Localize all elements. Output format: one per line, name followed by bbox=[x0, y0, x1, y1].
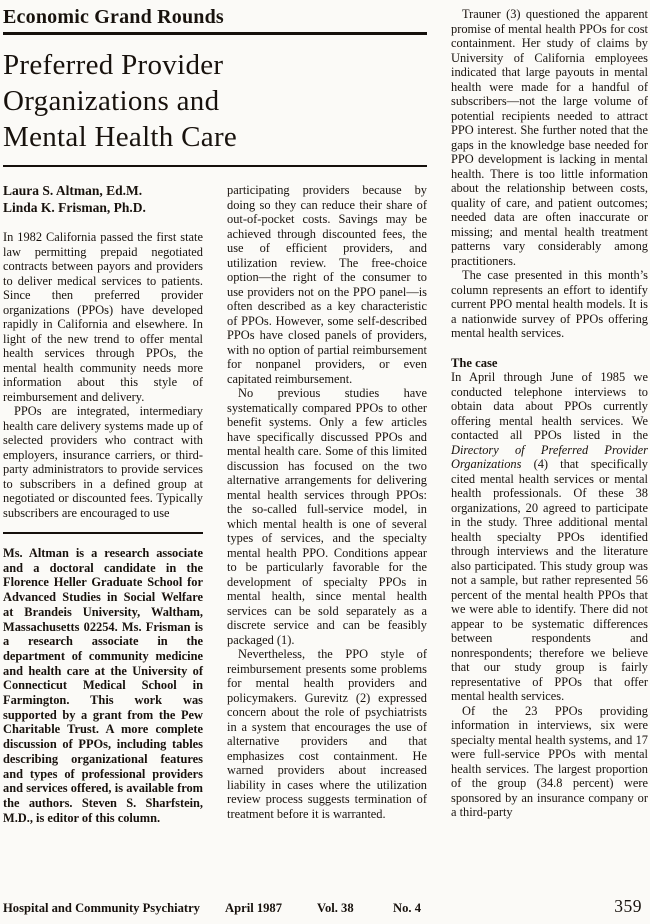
author-block: Laura S. Altman, Ed.M. Linda K. Frisman,… bbox=[3, 183, 203, 216]
column-kicker: Economic Grand Rounds bbox=[3, 4, 427, 29]
journal-page: Economic Grand Rounds Preferred Provider… bbox=[0, 0, 650, 924]
page-footer: Hospital and Community Psychiatry April … bbox=[3, 896, 642, 917]
article-title: Preferred Provider Organizations and Men… bbox=[3, 47, 427, 155]
footer-number: No. 4 bbox=[393, 901, 614, 916]
column-1: Laura S. Altman, Ed.M. Linda K. Frisman,… bbox=[3, 183, 203, 825]
author-name-2: Linda K. Frisman, Ph.D. bbox=[3, 200, 203, 217]
left-middle-columns: Laura S. Altman, Ed.M. Linda K. Frisman,… bbox=[3, 183, 427, 825]
author-bio-note: Ms. Altman is a research associate and a… bbox=[3, 532, 203, 825]
page-content: Economic Grand Rounds Preferred Provider… bbox=[3, 4, 648, 825]
footer-journal-name: Hospital and Community Psychiatry bbox=[3, 901, 225, 916]
column-3: Trauner (3) questioned the apparent prom… bbox=[451, 4, 648, 825]
body-paragraph: In April through June of 1985 we conduct… bbox=[451, 370, 648, 704]
body-paragraph: PPOs are integrated, intermediary health… bbox=[3, 404, 203, 520]
article-header: Economic Grand Rounds Preferred Provider… bbox=[3, 4, 427, 167]
body-paragraph: No previous studies have systematically … bbox=[227, 386, 427, 647]
title-rule bbox=[3, 165, 427, 167]
body-paragraph: In 1982 California passed the first stat… bbox=[3, 230, 203, 404]
footer-page-number: 359 bbox=[614, 896, 642, 917]
footer-issue-date: April 1987 bbox=[225, 901, 317, 916]
bio-text: Ms. Altman is a research associate and a… bbox=[3, 546, 203, 825]
body-paragraph: participating providers because by doing… bbox=[227, 183, 427, 386]
case-paragraph-post: (4) that specifically cited mental healt… bbox=[451, 457, 648, 703]
body-paragraph: Nevertheless, the PPO style of reimburse… bbox=[227, 647, 427, 821]
title-line-2: Organizations and bbox=[3, 83, 427, 119]
body-paragraph: Of the 23 PPOs providing information in … bbox=[451, 704, 648, 820]
column-2: participating providers because by doing… bbox=[227, 183, 427, 825]
case-paragraph-pre: In April through June of 1985 we conduct… bbox=[451, 370, 648, 442]
body-paragraph: The case presented in this month’s colum… bbox=[451, 268, 648, 341]
section-heading-the-case: The case bbox=[451, 356, 648, 371]
bio-rule bbox=[3, 532, 203, 534]
header-rule bbox=[3, 32, 427, 35]
author-name-1: Laura S. Altman, Ed.M. bbox=[3, 183, 203, 200]
main-area: Economic Grand Rounds Preferred Provider… bbox=[3, 4, 427, 825]
body-paragraph: Trauner (3) questioned the apparent prom… bbox=[451, 7, 648, 268]
title-line-3: Mental Health Care bbox=[3, 119, 427, 155]
footer-volume: Vol. 38 bbox=[317, 901, 393, 916]
title-line-1: Preferred Provider bbox=[3, 47, 427, 83]
